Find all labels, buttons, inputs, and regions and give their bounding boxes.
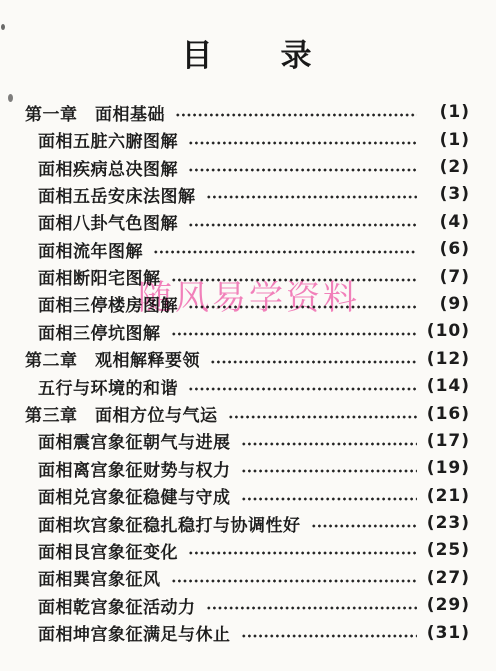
toc-entry: 面相疾病总决图解 (2) [25,153,470,180]
toc-entry-page: (6) [423,239,470,259]
dot-leader [228,414,418,420]
toc-entry-label: 第二章 观相解释要领 [25,346,200,371]
toc-entry-page: (14) [423,376,470,396]
toc-entry-label: 面相震宫象征朝气与进展 [38,428,231,453]
toc-entry-page: (27) [423,568,470,588]
toc-entry: 面相离宫象征财势与权力 (19) [25,455,470,482]
dot-leader [171,578,418,584]
toc-entry-label: 面相坎宫象征稳扎稳打与协调性好 [38,511,301,536]
dot-leader [175,112,417,118]
toc-entry: 面相流年图解 (6) [25,236,470,263]
toc-entry: 五行与环境的和谐 (14) [25,372,470,399]
toc-entry-label: 面相断阳宅图解 [38,264,161,289]
toc-entry-page: (17) [423,431,470,451]
toc-page: 目 录 第一章 面相基础 (1) 面相五脏六腑图解 (1) 面相疾病总决图解 (… [0,0,496,671]
scan-artifact [8,94,13,102]
toc-entry-page: (16) [423,404,470,424]
toc-entry-label: 面相疾病总决图解 [38,155,178,180]
toc-entry: 面相五脏六腑图解 (1) [25,126,470,153]
toc-entry-label: 面相三停坑图解 [38,319,161,344]
toc-entry-page: (19) [423,458,470,478]
toc-entry-label: 面相兑宫象征稳健与守成 [38,483,231,508]
toc-entry-page: (23) [423,513,470,533]
dot-leader [188,222,417,228]
toc-entry-page: (12) [423,349,470,369]
toc-entry: 面相震宫象征朝气与进展 (17) [25,427,470,454]
page-title: 目 录 [25,40,470,73]
toc-entry: 面相坎宫象征稳扎稳打与协调性好 (23) [25,509,470,536]
toc-entry: 面相断阳宅图解 (7) [25,263,470,290]
dot-leader [188,140,417,146]
toc-entry-page: (1) [423,102,470,122]
toc-entry: 面相艮宫象征变化 (25) [25,537,470,564]
dot-leader [210,359,417,365]
dot-leader [311,523,418,529]
toc-entry-page: (31) [423,623,470,643]
toc-entry: 面相五岳安床法图解 (3) [25,181,470,208]
toc-entry: 面相坤宫象征满足与休止 (31) [25,619,470,646]
toc-entry-page: (10) [423,321,470,341]
toc-entry-page: (21) [423,486,470,506]
dot-leader [241,468,418,474]
dot-leader [171,277,418,283]
dot-leader [206,605,418,611]
dot-leader [188,304,417,310]
toc-entry-page: (4) [423,212,470,232]
toc-entry: 面相乾宫象征活动力 (29) [25,592,470,619]
toc-entry-label: 面相三停楼房图解 [38,291,178,316]
dot-leader [153,249,417,255]
dot-leader [188,550,417,556]
toc-entry-label: 五行与环境的和谐 [38,374,178,399]
toc-entry: 面相巽宫象征风 (27) [25,564,470,591]
dot-leader [241,496,418,502]
dot-leader [188,167,417,173]
toc-entry: 面相三停坑图解 (10) [25,318,470,345]
toc-entry-page: (7) [423,267,470,287]
toc-entry-chapter-3: 第三章 面相方位与气运 (16) [25,400,470,427]
toc-list: 第一章 面相基础 (1) 面相五脏六腑图解 (1) 面相疾病总决图解 (2) 面… [25,99,470,647]
scan-artifact [1,24,5,30]
dot-leader [241,633,418,639]
toc-entry-label: 面相五岳安床法图解 [38,182,196,207]
toc-entry-label: 第一章 面相基础 [25,100,165,125]
toc-entry-page: (9) [423,294,470,314]
toc-entry-label: 面相离宫象征财势与权力 [38,456,231,481]
toc-entry-label: 第三章 面相方位与气运 [25,401,218,426]
toc-entry-label: 面相艮宫象征变化 [38,538,178,563]
toc-entry-label: 面相五脏六腑图解 [38,127,178,152]
toc-entry: 面相八卦气色图解 (4) [25,208,470,235]
toc-entry-label: 面相流年图解 [38,237,143,262]
toc-entry: 面相三停楼房图解 (9) [25,290,470,317]
dot-leader [188,386,417,392]
toc-entry-label: 面相乾宫象征活动力 [38,593,196,618]
toc-entry-page: (25) [423,540,470,560]
dot-leader [206,194,418,200]
dot-leader [241,441,418,447]
toc-entry-page: (3) [423,184,470,204]
toc-entry-page: (1) [423,130,470,150]
dot-leader [171,331,418,337]
toc-entry-chapter-2: 第二章 观相解释要领 (12) [25,345,470,372]
toc-entry-label: 面相八卦气色图解 [38,209,178,234]
toc-entry-page: (29) [423,595,470,615]
toc-entry-label: 面相巽宫象征风 [38,565,161,590]
toc-entry-page: (2) [423,157,470,177]
toc-entry-chapter-1: 第一章 面相基础 (1) [25,99,470,126]
toc-entry: 面相兑宫象征稳健与守成 (21) [25,482,470,509]
toc-entry-label: 面相坤宫象征满足与休止 [38,620,231,645]
